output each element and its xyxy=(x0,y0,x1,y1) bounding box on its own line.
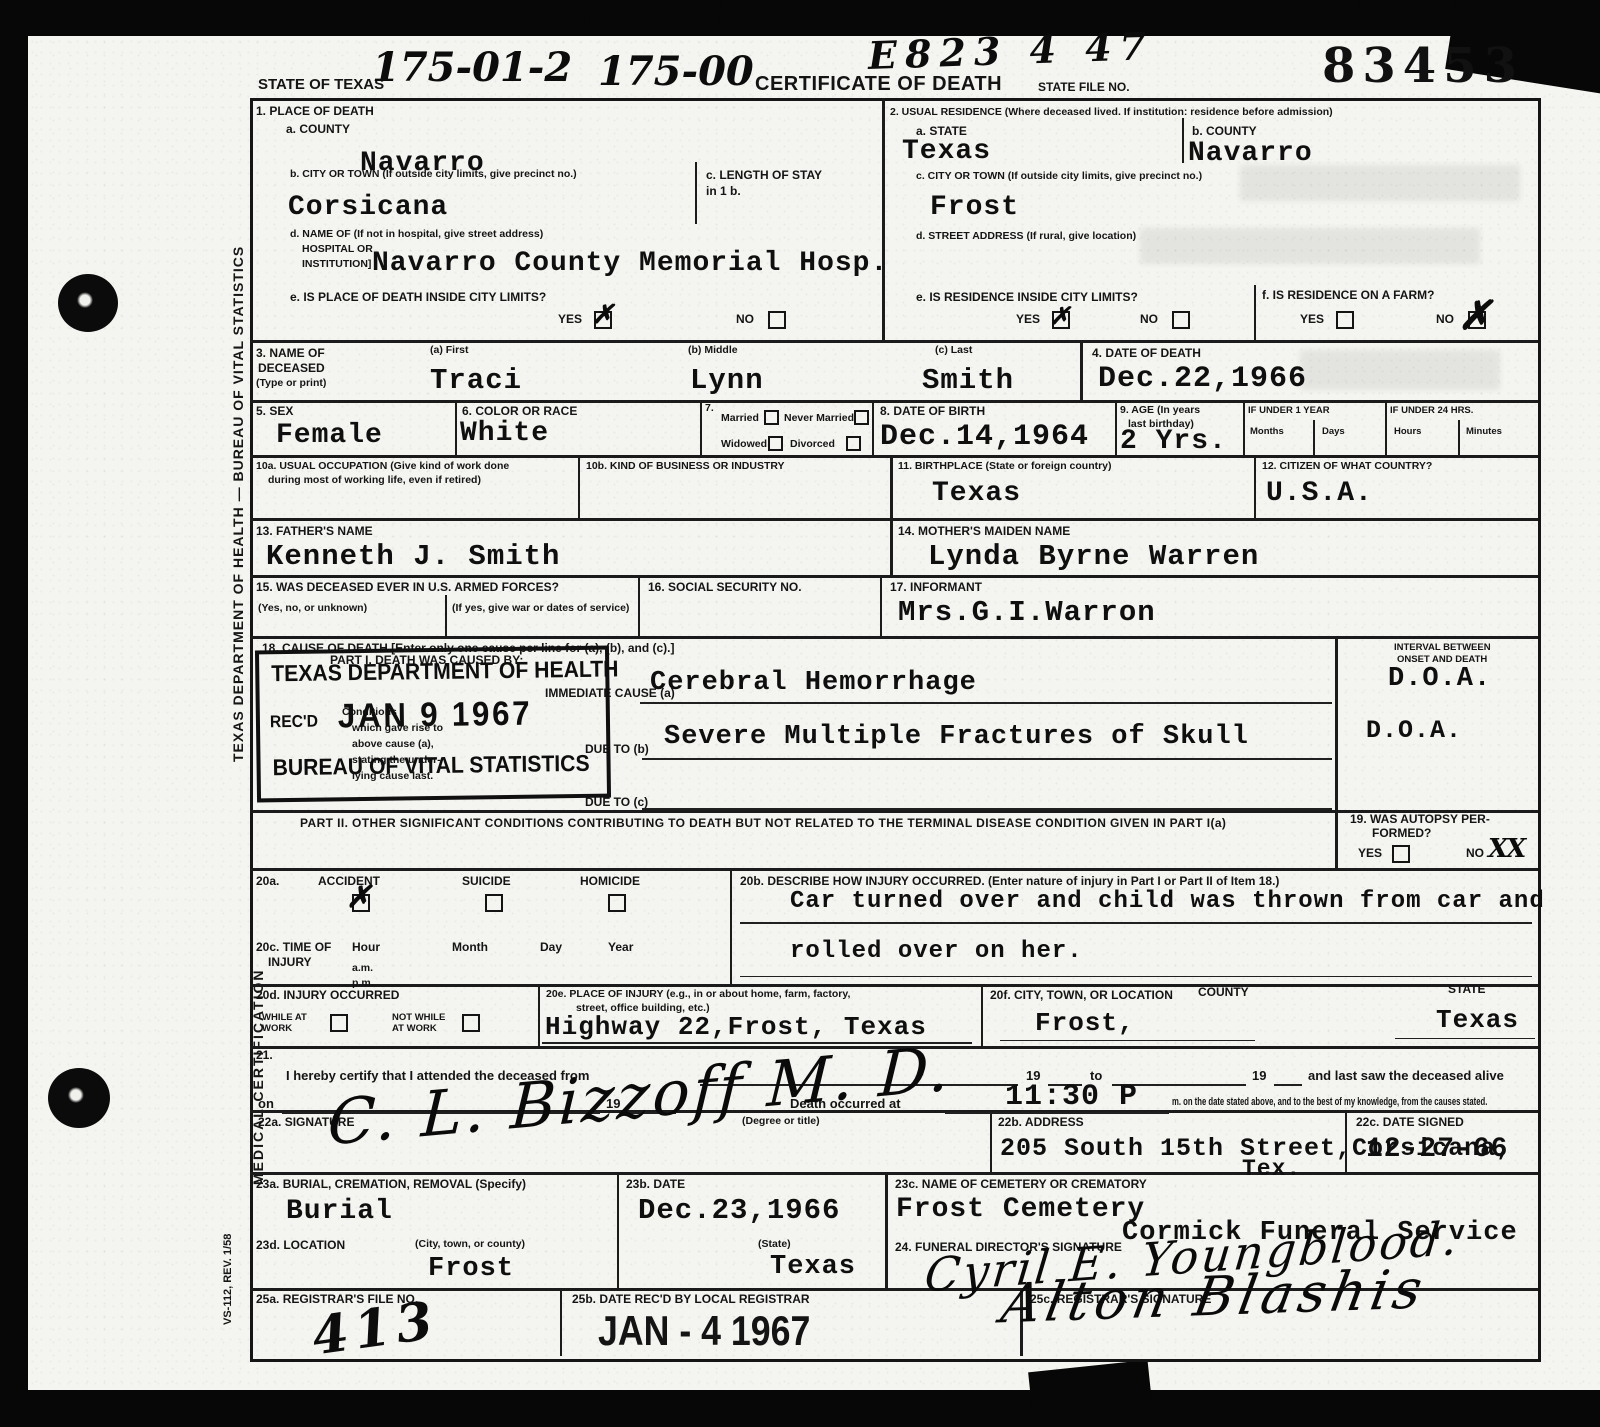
field-21-number: 21. xyxy=(256,1048,273,1062)
field-3a-label: (a) First xyxy=(430,344,469,357)
checkbox-suicide xyxy=(485,894,503,912)
checkbox-while-at-work xyxy=(330,1014,348,1032)
stamp-date: JAN 9 1967 xyxy=(338,695,533,737)
field-20c-label: 20c. TIME OF xyxy=(256,940,331,954)
cause-a-line xyxy=(640,702,1332,704)
field-3-last-value: Smith xyxy=(922,364,1014,397)
grid-line xyxy=(250,868,1538,871)
grid-line xyxy=(695,162,697,224)
field-19-label2: FORMED? xyxy=(1372,826,1431,840)
cause-b-value: Severe Multiple Fractures of Skull xyxy=(664,722,1249,752)
field-23b-value: Dec.23,1966 xyxy=(638,1194,840,1227)
field-4-value: Dec.22,1966 xyxy=(1098,362,1307,396)
days-label: Days xyxy=(1322,426,1345,437)
field-22b-label: 22b. ADDRESS xyxy=(998,1115,1084,1129)
field-17-label: 17. INFORMANT xyxy=(890,580,982,594)
field-2c-label: c. CITY OR TOWN (If outside city limits,… xyxy=(916,170,1202,183)
field-1d-label: d. NAME OF (If not in hospital, give str… xyxy=(290,228,543,241)
grid-line xyxy=(882,98,885,340)
field-10b-label: 10b. KIND OF BUSINESS OR INDUSTRY xyxy=(586,460,785,473)
checkbox-homicide xyxy=(608,894,626,912)
field-20e-label: 20e. PLACE OF INJURY (e.g., in or about … xyxy=(546,988,850,1001)
checkbox-7-widowed xyxy=(768,436,783,451)
field-2f-no-label: NO xyxy=(1436,312,1454,326)
field-7-number: 7. xyxy=(705,402,714,415)
while-at-work-label: WHILE AT xyxy=(262,1012,307,1023)
stamp-line2: BUREAU OF VITAL STATISTICS xyxy=(272,750,589,781)
field-9-label: 9. AGE (In years xyxy=(1120,404,1200,417)
field-20f-state-value: Texas xyxy=(1436,1005,1519,1035)
field-23d-state-value: Texas xyxy=(770,1252,856,1282)
grid-line xyxy=(250,400,1538,403)
death-time-value: 11:30 P xyxy=(1005,1080,1138,1114)
field-9-value: 2 Yrs. xyxy=(1120,426,1227,457)
field-23b-label: 23b. DATE xyxy=(626,1177,685,1191)
field-1c-label: c. LENGTH OF STAY xyxy=(706,168,822,182)
scan-border-bottom xyxy=(0,1390,1600,1427)
grid-line xyxy=(1385,400,1387,455)
field-13-value: Kenneth J. Smith xyxy=(266,540,560,573)
mark-19-no: XX xyxy=(1488,834,1524,864)
field-15-sub2-label: (If yes, give war or dates of service) xyxy=(452,602,629,615)
field-23a-label: 23a. BURIAL, CREMATION, REMOVAL (Specify… xyxy=(256,1177,526,1191)
cause-b-line xyxy=(642,758,1332,760)
grid-line xyxy=(1254,285,1256,340)
grid-line xyxy=(250,575,1538,578)
field-20e-value: Highway 22,Frost, Texas xyxy=(545,1012,927,1042)
checkbox-7-divorced xyxy=(846,436,861,451)
grid-line xyxy=(1458,420,1460,455)
certify-line-7 xyxy=(945,1112,1169,1114)
month-label: Month xyxy=(452,940,488,954)
interval-b-value: D.O.A. xyxy=(1366,716,1462,745)
field-1b-label: b. CITY OR TOWN (If outside city limits,… xyxy=(290,168,577,181)
field-2f-label: f. IS RESIDENCE ON A FARM? xyxy=(1262,288,1434,302)
checkmark-2e-yes: ✗ xyxy=(1050,301,1070,330)
field-11-value: Texas xyxy=(932,478,1021,509)
state-of-texas-label: STATE OF TEXAS xyxy=(258,76,384,94)
field-6-value: White xyxy=(460,418,549,449)
city-town-county-label: (City, town, or county) xyxy=(415,1238,525,1251)
grid-line xyxy=(578,455,580,518)
field-15-sub1-label: (Yes, no, or unknown) xyxy=(258,602,367,615)
grid-line xyxy=(1313,420,1315,455)
state-label: STATE xyxy=(1448,982,1486,996)
grid-line xyxy=(445,595,447,636)
field-11-label: 11. BIRTHPLACE (State or foreign country… xyxy=(898,460,1112,473)
grid-line xyxy=(730,868,732,984)
injury-line-2 xyxy=(740,976,1532,977)
am-label: a.m. xyxy=(352,962,373,975)
field-20b-line1: Car turned over and child was thrown fro… xyxy=(790,888,1545,915)
if-under-1-year-label: IF UNDER 1 YEAR xyxy=(1248,405,1330,416)
scan-blob-top xyxy=(1268,0,1361,26)
minutes-label: Minutes xyxy=(1466,426,1502,437)
field-7-married-label: Married xyxy=(721,412,759,425)
field-20f-value: Frost, xyxy=(1035,1008,1135,1038)
grid-line xyxy=(250,810,1538,813)
field-3-middle-value: Lynn xyxy=(690,364,764,397)
checkmark-2f-no: ✗ xyxy=(1458,292,1492,339)
field-3-title3: (Type or print) xyxy=(256,377,326,390)
field-20c-label2: INJURY xyxy=(268,955,312,969)
field-23a-value: Burial xyxy=(286,1196,393,1227)
field-16-label: 16. SOCIAL SECURITY NO. xyxy=(648,580,802,594)
field-2c-value: Frost xyxy=(930,192,1019,223)
city-line xyxy=(1000,1040,1255,1041)
field-20f-label: 20f. CITY, TOWN, OR LOCATION xyxy=(990,988,1173,1002)
grid-line xyxy=(990,1110,992,1172)
grid-line xyxy=(1115,400,1117,455)
day-label: Day xyxy=(540,940,562,954)
months-label: Months xyxy=(1250,426,1284,437)
while-at-work-label2: WORK xyxy=(262,1023,292,1034)
field-2-title: 2. USUAL RESIDENCE (Where deceased lived… xyxy=(890,106,1333,119)
grid-line xyxy=(560,1288,562,1356)
checkbox-1e-no xyxy=(768,311,786,329)
grid-line xyxy=(250,636,1538,639)
state-line xyxy=(1395,1038,1535,1039)
checkmark-1e-yes: ✗ xyxy=(592,300,614,330)
field-20b-line2: rolled over on her. xyxy=(790,938,1083,965)
grid-line xyxy=(700,400,702,455)
field-23c-value: Frost Cemetery xyxy=(896,1194,1145,1225)
field-12-value: U.S.A. xyxy=(1266,478,1373,509)
interval-header-1: INTERVAL BETWEEN xyxy=(1394,642,1491,653)
injury-line-1 xyxy=(740,922,1532,924)
field-23d-label: 23d. LOCATION xyxy=(256,1238,345,1252)
field-2b-label: b. COUNTY xyxy=(1192,124,1257,138)
homicide-label: HOMICIDE xyxy=(580,874,640,888)
grid-line xyxy=(885,1172,888,1288)
field-2e-yes-label: YES xyxy=(1016,312,1040,326)
field-14-label: 14. MOTHER'S MAIDEN NAME xyxy=(898,524,1070,538)
grid-line xyxy=(1080,340,1083,400)
field-20a-number: 20a. xyxy=(256,874,279,888)
field-10a-label: 10a. USUAL OCCUPATION (Give kind of work… xyxy=(256,460,509,473)
field-10a-label2: during most of working life, even if ret… xyxy=(268,474,481,487)
checkmark-accident: ✗ xyxy=(346,880,371,915)
field-1d-value: Navarro County Memorial Hosp. xyxy=(372,248,888,279)
field-3-first-value: Traci xyxy=(430,364,522,397)
grid-line xyxy=(981,984,983,1046)
certify-on: on xyxy=(258,1096,274,1112)
certify-text-6: m. on the date stated above, and to the … xyxy=(1172,1096,1487,1109)
scan-border-left xyxy=(0,0,28,1427)
field-7-widowed-label: Widowed xyxy=(721,438,767,451)
date-received-stamp: JAN - 4 1967 xyxy=(598,1306,810,1356)
field-7-never-married-label: Never Married xyxy=(784,412,854,425)
field-2d-label: d. STREET ADDRESS (If rural, give locati… xyxy=(916,230,1136,243)
stamp-line1: TEXAS DEPARTMENT OF HEALTH xyxy=(271,655,619,687)
field-1e-no-label: NO xyxy=(736,312,754,326)
grid-line xyxy=(250,984,1538,987)
not-while-at-work-label2: AT WORK xyxy=(392,1023,437,1034)
grid-line xyxy=(455,400,457,455)
field-1e-yes-label: YES xyxy=(558,312,582,326)
field-1c-label2: in 1 b. xyxy=(706,184,741,198)
certificate-number: 83453 xyxy=(1322,38,1524,94)
field-20b-label: 20b. DESCRIBE HOW INJURY OCCURRED. (Ente… xyxy=(740,874,1279,888)
field-2b-value: Navarro xyxy=(1188,138,1313,169)
county-label: COUNTY xyxy=(1198,985,1249,999)
part2-label: PART II. OTHER SIGNIFICANT CONDITIONS CO… xyxy=(300,816,1226,830)
field-17-value: Mrs.G.I.Warron xyxy=(898,596,1156,629)
field-1b-value: Corsicana xyxy=(288,192,448,223)
field-1d-label2: HOSPITAL OR xyxy=(302,243,373,256)
hole-punch-bottom xyxy=(48,1068,110,1128)
checkbox-2f-yes xyxy=(1336,311,1354,329)
stamp-recd-label: REC'D xyxy=(270,712,318,733)
field-8-label: 8. DATE OF BIRTH xyxy=(880,404,985,418)
grid-line xyxy=(638,575,640,636)
field-5-value: Female xyxy=(276,420,383,451)
grid-line xyxy=(872,400,874,455)
certify-year-2: 19 xyxy=(1252,1068,1266,1084)
handwritten-code-left: 175-01-2 xyxy=(372,44,572,91)
grid-line xyxy=(890,455,893,575)
field-23d-city-value: Frost xyxy=(428,1254,514,1284)
field-22c-label: 22c. DATE SIGNED xyxy=(1356,1115,1464,1129)
field-22b-value2: Tex. xyxy=(1242,1156,1301,1182)
suicide-label: SUICIDE xyxy=(462,874,511,888)
field-6-label: 6. COLOR OR RACE xyxy=(462,404,577,418)
field-13-label: 13. FATHER'S NAME xyxy=(256,524,373,538)
grid-line xyxy=(538,984,540,1046)
field-1-title: 1. PLACE OF DEATH xyxy=(256,104,374,118)
certify-line-4 xyxy=(1274,1084,1302,1086)
cause-c-line xyxy=(642,808,1332,810)
interval-a-value: D.O.A. xyxy=(1388,664,1491,694)
checkbox-7-never-married xyxy=(854,410,869,425)
field-2e-no-label: NO xyxy=(1140,312,1158,326)
field-5-label: 5. SEX xyxy=(256,404,293,418)
field-19-label: 19. WAS AUTOPSY PER- xyxy=(1350,812,1490,826)
hour-label: Hour xyxy=(352,940,380,954)
margin-agency-text: TEXAS DEPARTMENT OF HEALTH — BUREAU OF V… xyxy=(230,246,246,762)
field-19-no-label: NO xyxy=(1466,846,1484,860)
field-15-label: 15. WAS DECEASED EVER IN U.S. ARMED FORC… xyxy=(256,580,559,594)
checkbox-not-while-at-work xyxy=(462,1014,480,1032)
cause-a-value: Cerebral Hemorrhage xyxy=(650,668,977,698)
field-2a-value: Texas xyxy=(902,136,991,167)
grid-line xyxy=(1335,636,1338,868)
grid-line xyxy=(1254,455,1256,518)
field-19-yes-label: YES xyxy=(1358,846,1382,860)
field-23c-label: 23c. NAME OF CEMETERY OR CREMATORY xyxy=(895,1177,1147,1191)
field-8-value: Dec.14,1964 xyxy=(880,420,1089,454)
hole-punch-top xyxy=(58,274,118,332)
grid-line xyxy=(617,1172,619,1288)
year-label: Year xyxy=(608,940,633,954)
field-1e-label: e. IS PLACE OF DEATH INSIDE CITY LIMITS? xyxy=(290,290,546,304)
grid-line xyxy=(250,518,1538,521)
field-14-value: Lynda Byrne Warren xyxy=(928,540,1259,573)
field-3-title2: DECEASED xyxy=(258,361,325,375)
not-while-at-work-label: NOT WHILE xyxy=(392,1012,445,1023)
field-2f-yes-label: YES xyxy=(1300,312,1324,326)
scan-blob-top2 xyxy=(590,0,720,27)
field-1a-label: a. COUNTY xyxy=(286,122,350,136)
grid-line xyxy=(1182,118,1184,163)
field-1d-label3: INSTITUTION] xyxy=(302,258,371,271)
scanned-death-certificate: TEXAS DEPARTMENT OF HEALTH — BUREAU OF V… xyxy=(0,0,1600,1427)
checkbox-7-married xyxy=(764,410,779,425)
margin-form-code: VS-112, REV. 1/58 xyxy=(222,1234,234,1325)
field-4-label: 4. DATE OF DEATH xyxy=(1092,346,1201,360)
field-3-title: 3. NAME OF xyxy=(256,346,325,360)
checkbox-2e-no xyxy=(1172,311,1190,329)
hours-label: Hours xyxy=(1394,426,1421,437)
state-sub-label: (State) xyxy=(758,1238,791,1251)
handwritten-code-left2: 175-00 xyxy=(598,48,754,95)
field-25b-label: 25b. DATE REC'D BY LOCAL REGISTRAR xyxy=(572,1292,810,1306)
grid-line xyxy=(250,340,1538,343)
if-under-24-hrs-label: IF UNDER 24 HRS. xyxy=(1390,405,1473,416)
field-7-divorced-label: Divorced xyxy=(790,438,835,451)
field-12-label: 12. CITIZEN OF WHAT COUNTRY? xyxy=(1262,460,1432,473)
field-20d-label: 20d. INJURY OCCURRED xyxy=(256,988,399,1002)
certify-text-3: and last saw the deceased alive xyxy=(1308,1068,1504,1084)
grid-line xyxy=(1243,400,1245,455)
field-2e-label: e. IS RESIDENCE INSIDE CITY LIMITS? xyxy=(916,290,1138,304)
field-3b-label: (b) Middle xyxy=(688,344,738,357)
grid-line xyxy=(880,575,882,636)
received-stamp: TEXAS DEPARTMENT OF HEALTH REC'D JAN 9 1… xyxy=(255,646,611,803)
field-3c-label: (c) Last xyxy=(935,344,972,357)
grid-line xyxy=(250,455,1538,458)
field-22c-value: 12-27-66 xyxy=(1366,1134,1508,1165)
grid-line xyxy=(250,1172,1538,1175)
checkbox-19-yes xyxy=(1392,845,1410,863)
state-file-no-label: STATE FILE NO. xyxy=(1038,80,1130,94)
